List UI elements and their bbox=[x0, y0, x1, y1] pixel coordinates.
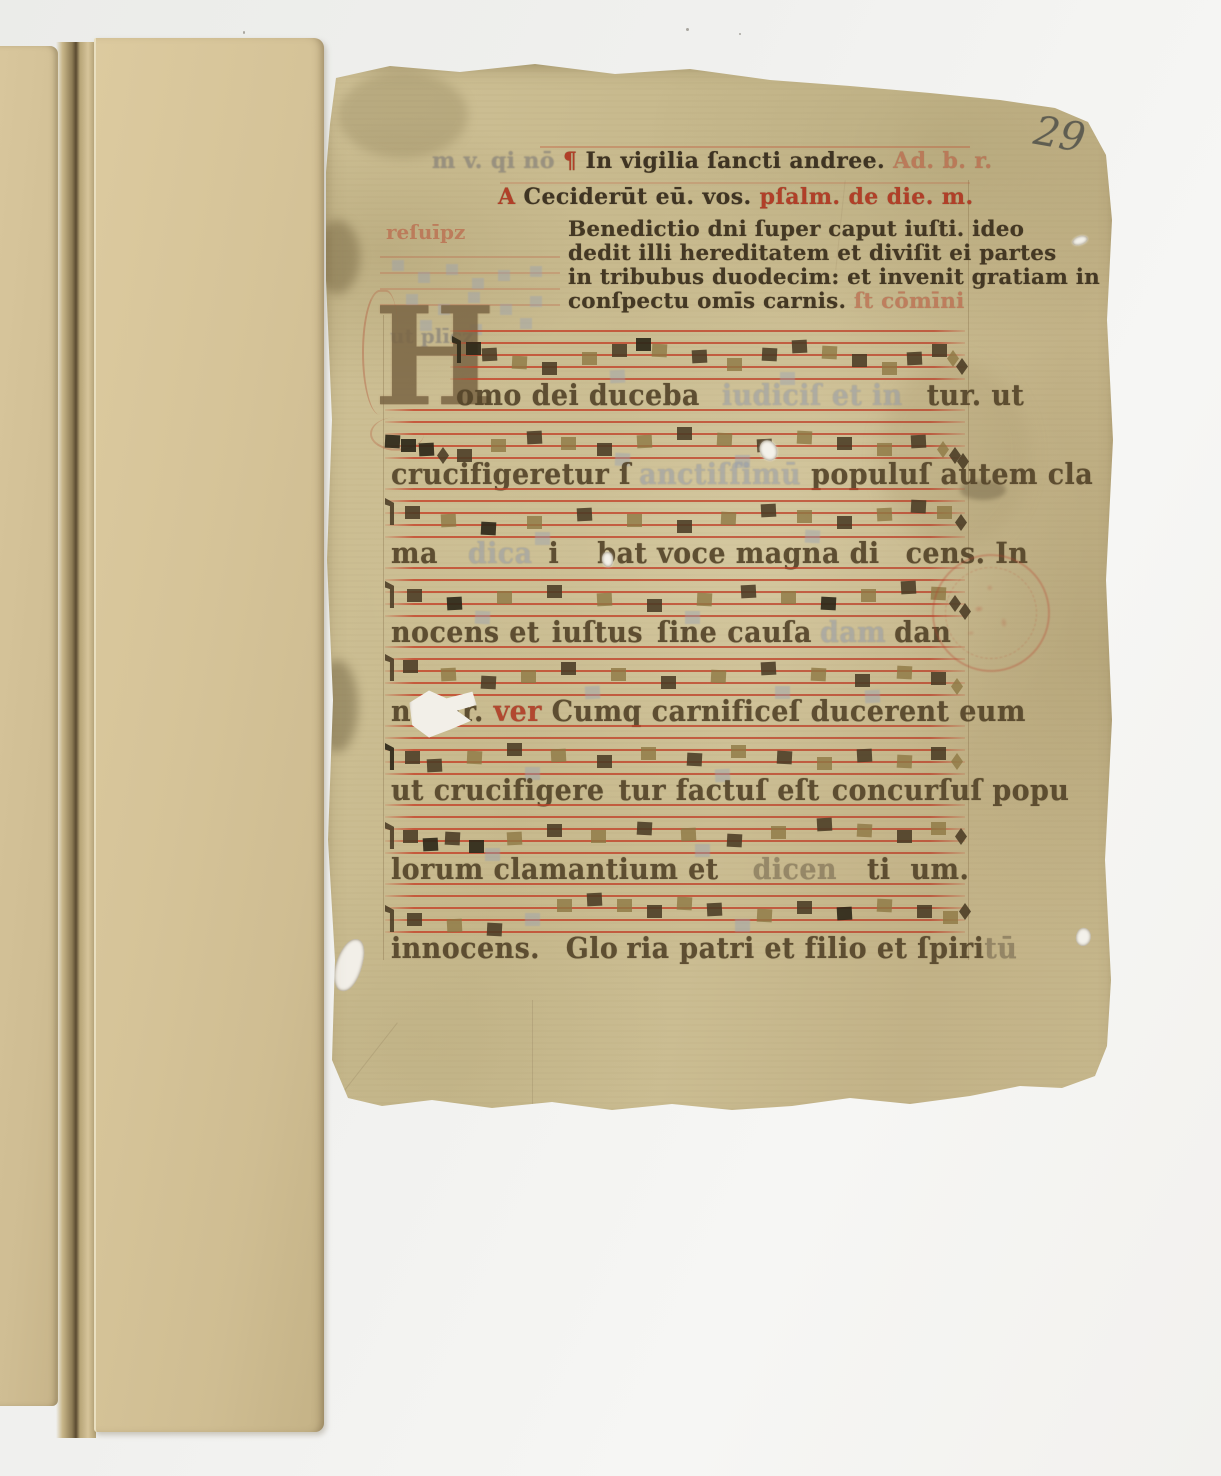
text-segment: Cumq carnificeſ ducerent eum bbox=[552, 695, 1026, 728]
text-segment: Glo bbox=[566, 932, 619, 965]
neume bbox=[797, 431, 813, 445]
melisma-gap bbox=[540, 616, 552, 649]
staff-line bbox=[385, 409, 965, 411]
melisma-gap bbox=[880, 537, 906, 570]
text-segment: populuſ autem cla bbox=[811, 458, 1093, 491]
neume bbox=[419, 443, 435, 457]
neume bbox=[687, 753, 703, 767]
staff-line bbox=[450, 330, 965, 332]
neume bbox=[692, 350, 708, 364]
neume bbox=[527, 431, 543, 445]
melisma-gap bbox=[643, 616, 657, 649]
neume bbox=[731, 745, 746, 758]
chant-text-line: omo dei duceba iudiciſ et in tur. ut bbox=[456, 379, 1024, 412]
neume bbox=[403, 660, 418, 673]
neume bbox=[407, 913, 422, 926]
neume bbox=[797, 510, 812, 523]
text-segment: tur. ut bbox=[927, 379, 1025, 412]
music-system: ut crucifigere tur factuſ eſt concurſuſ … bbox=[320, 725, 1120, 813]
neume bbox=[582, 352, 597, 365]
neume bbox=[907, 352, 923, 366]
guard-leaf-main bbox=[94, 38, 324, 1432]
text-segment: iuſtus bbox=[552, 616, 643, 649]
neume bbox=[707, 903, 723, 917]
dust-speck bbox=[739, 33, 741, 35]
neume bbox=[452, 336, 461, 363]
neume bbox=[911, 435, 927, 449]
neume bbox=[811, 668, 827, 682]
chant-text-line: innocens. Glo ria patri et filio et ſpir… bbox=[391, 932, 1017, 965]
neume bbox=[423, 838, 439, 852]
chant-text-line: lorum clamantium et dicen ti um. bbox=[391, 853, 969, 886]
neume bbox=[385, 822, 394, 849]
neume bbox=[677, 520, 692, 533]
neume bbox=[882, 362, 897, 375]
neume bbox=[677, 427, 692, 440]
neume bbox=[937, 441, 949, 458]
neume bbox=[647, 599, 662, 612]
neume bbox=[727, 358, 742, 371]
melisma-gap bbox=[550, 932, 566, 965]
staff-line bbox=[385, 725, 965, 727]
neume bbox=[761, 662, 777, 676]
neume bbox=[445, 832, 461, 846]
neume bbox=[611, 668, 626, 681]
staff-line bbox=[385, 591, 965, 593]
neume bbox=[771, 826, 786, 839]
text-segment: ſine bbox=[657, 616, 717, 649]
neume bbox=[636, 338, 651, 351]
neume bbox=[466, 342, 481, 355]
text-segment: iudiciſ et in bbox=[722, 379, 903, 412]
neume bbox=[587, 893, 603, 907]
text-segment: dica bbox=[468, 537, 533, 570]
neume bbox=[481, 522, 497, 536]
neume bbox=[481, 676, 497, 690]
staff-line bbox=[385, 816, 965, 818]
neume bbox=[951, 753, 963, 770]
neume bbox=[482, 348, 498, 362]
neume bbox=[441, 668, 457, 682]
neume bbox=[612, 344, 627, 357]
text-segment: tur factuſ eſt bbox=[618, 774, 819, 807]
manuscript-photo-scene: m v. qi nō ¶ In vigilia ſancti andree. A… bbox=[0, 0, 1221, 1476]
neume bbox=[897, 666, 913, 680]
text-segment: cauſa bbox=[727, 616, 812, 649]
neume bbox=[627, 514, 642, 527]
melisma-gap bbox=[886, 616, 894, 649]
melisma-gap bbox=[903, 379, 927, 412]
chant-text-line: ut crucifigere tur factuſ eſt concurſuſ … bbox=[391, 774, 1069, 807]
staff-line bbox=[385, 500, 965, 502]
binding-gutter bbox=[56, 42, 96, 1438]
neume bbox=[577, 508, 593, 522]
staff-line bbox=[385, 488, 965, 490]
neume bbox=[792, 340, 808, 354]
neume bbox=[551, 749, 567, 763]
neume bbox=[561, 662, 576, 675]
neume bbox=[897, 830, 912, 843]
neume bbox=[385, 435, 401, 449]
staff-line bbox=[450, 342, 965, 344]
manuscript-page: m v. qi nō ¶ In vigilia ſancti andree. A… bbox=[320, 60, 1120, 1128]
neume bbox=[757, 909, 773, 923]
staff-line bbox=[385, 804, 965, 806]
neume bbox=[403, 830, 418, 843]
neume bbox=[951, 678, 963, 695]
neume bbox=[837, 516, 852, 529]
neume bbox=[781, 591, 796, 604]
neume bbox=[877, 508, 893, 522]
neume bbox=[597, 593, 613, 607]
staff-line bbox=[385, 421, 965, 423]
neume bbox=[735, 919, 750, 932]
neume bbox=[521, 670, 536, 683]
neume bbox=[932, 344, 947, 357]
text-segment: dam bbox=[820, 616, 886, 649]
neume bbox=[447, 597, 463, 611]
neume bbox=[677, 897, 693, 911]
staff-line bbox=[385, 433, 965, 435]
text-segment: nocens et bbox=[391, 616, 540, 649]
neume bbox=[931, 672, 946, 685]
neume bbox=[822, 346, 838, 360]
music-system: omo dei duceba iudiciſ et in tur. ut bbox=[320, 330, 1120, 418]
melisma-gap bbox=[631, 458, 639, 491]
text-segment: ut crucifigere bbox=[391, 774, 604, 807]
neume bbox=[491, 439, 506, 452]
music-system: crucifigeretur ſ anctiſſimū populuſ aute… bbox=[320, 409, 1120, 497]
neume bbox=[855, 674, 870, 687]
staff-line bbox=[385, 567, 965, 569]
staff-line bbox=[385, 737, 965, 739]
neume bbox=[467, 751, 483, 765]
staff-line bbox=[385, 919, 965, 921]
neume bbox=[561, 437, 576, 450]
neume bbox=[761, 504, 777, 518]
parchment-hole bbox=[602, 552, 613, 567]
melisma-gap bbox=[700, 379, 722, 412]
neume bbox=[407, 589, 422, 602]
neume bbox=[527, 516, 542, 529]
neume bbox=[917, 905, 932, 918]
staff-line bbox=[385, 603, 965, 605]
neume bbox=[955, 828, 967, 845]
melisma-gap bbox=[438, 537, 468, 570]
neume bbox=[637, 435, 653, 449]
text-segment: i bbox=[549, 537, 560, 570]
neume bbox=[717, 433, 733, 447]
music-system: lorum clamantium et dicen ti um. bbox=[320, 804, 1120, 892]
neume bbox=[427, 759, 443, 773]
staff-line bbox=[385, 658, 965, 660]
neume bbox=[861, 589, 876, 602]
neume bbox=[617, 899, 632, 912]
neume bbox=[447, 919, 463, 933]
text-segment: concurſuſ popu bbox=[832, 774, 1070, 807]
neume bbox=[441, 514, 457, 528]
chant-text-line: nocens et iuſtus ſine cauſa dam dan bbox=[391, 616, 951, 649]
neume bbox=[837, 437, 852, 450]
text-segment: dicen bbox=[753, 853, 837, 886]
neume bbox=[647, 905, 662, 918]
neume bbox=[542, 362, 557, 375]
neume bbox=[525, 913, 540, 926]
neume bbox=[711, 670, 727, 684]
neume bbox=[741, 585, 757, 599]
text-segment: ti bbox=[867, 853, 891, 886]
text-segment: ver bbox=[494, 695, 552, 728]
neume bbox=[469, 840, 484, 853]
text-segment: omo dei duceba bbox=[456, 379, 700, 412]
dust-speck bbox=[686, 28, 689, 31]
melisma-gap bbox=[533, 537, 549, 570]
neume bbox=[857, 749, 873, 763]
neume bbox=[721, 512, 737, 526]
neume bbox=[591, 830, 606, 843]
staff-line bbox=[385, 670, 965, 672]
neume bbox=[857, 824, 873, 838]
neume bbox=[911, 500, 927, 514]
melisma-gap bbox=[801, 458, 811, 491]
neume bbox=[947, 350, 959, 367]
neume bbox=[937, 506, 952, 519]
neume bbox=[956, 358, 968, 375]
melisma-gap bbox=[890, 853, 910, 886]
neume bbox=[661, 676, 676, 689]
neume bbox=[931, 747, 946, 760]
text-segment: ma bbox=[391, 537, 438, 570]
neume bbox=[641, 747, 656, 760]
melisma-gap bbox=[812, 616, 820, 649]
melisma-gap bbox=[837, 853, 867, 886]
neume bbox=[652, 344, 668, 358]
staff-line bbox=[385, 828, 965, 830]
neume bbox=[405, 751, 420, 764]
neume bbox=[897, 755, 913, 769]
neume bbox=[877, 899, 893, 913]
neume bbox=[762, 348, 778, 362]
text-segment: lorum clamantium et bbox=[391, 853, 719, 886]
neume bbox=[405, 506, 420, 519]
folio-number: 29 bbox=[1030, 108, 1088, 162]
neume bbox=[401, 439, 416, 452]
text-segment: bat voce magna di bbox=[597, 537, 879, 570]
neume bbox=[385, 743, 394, 770]
neume bbox=[597, 443, 612, 456]
neume bbox=[557, 899, 572, 912]
chant-text-line: ma dica i bat voce magna di cens. In bbox=[391, 537, 1028, 570]
neume bbox=[697, 593, 713, 607]
text-segment: ria patri et filio et ſpiri bbox=[626, 932, 984, 965]
neume bbox=[955, 514, 967, 531]
neume bbox=[877, 443, 892, 456]
dust-speck bbox=[243, 31, 245, 34]
staff-line bbox=[385, 883, 965, 885]
neume bbox=[959, 903, 971, 920]
neume bbox=[852, 354, 867, 367]
neume bbox=[943, 911, 958, 924]
melisma-gap bbox=[604, 774, 618, 807]
staff-line bbox=[385, 524, 965, 526]
chant-text-line: natur. ver Cumq carnificeſ ducerent eum bbox=[391, 695, 1026, 728]
neume bbox=[512, 356, 528, 370]
neume bbox=[681, 828, 697, 842]
neume bbox=[821, 597, 837, 611]
neume bbox=[637, 822, 653, 836]
neume bbox=[507, 743, 522, 756]
neume bbox=[901, 581, 917, 595]
chant-text-line: crucifigeretur ſ anctiſſimū populuſ aute… bbox=[391, 458, 1093, 491]
melisma-gap bbox=[717, 616, 727, 649]
text-segment: innocens. bbox=[391, 932, 550, 965]
neume bbox=[727, 834, 743, 848]
text-segment: tū bbox=[984, 932, 1017, 965]
neume bbox=[547, 824, 562, 837]
neume bbox=[597, 755, 612, 768]
melisma-gap bbox=[719, 853, 753, 886]
text-segment: anctiſſimū bbox=[639, 458, 801, 491]
neume bbox=[817, 818, 833, 832]
neume bbox=[817, 757, 832, 770]
text-segment: crucifigeretur ſ bbox=[391, 458, 631, 491]
guard-leaf-far-left bbox=[0, 46, 58, 1406]
neume bbox=[837, 907, 853, 921]
staff-line bbox=[385, 646, 965, 648]
staff-line bbox=[385, 895, 965, 897]
melisma-gap bbox=[559, 537, 597, 570]
neume bbox=[797, 901, 812, 914]
staff-line bbox=[385, 579, 965, 581]
neume bbox=[497, 591, 512, 604]
music-system: innocens. Glo ria patri et filio et ſpir… bbox=[320, 883, 1120, 971]
text-segment: um. bbox=[910, 853, 969, 886]
neume bbox=[931, 822, 946, 835]
neume bbox=[547, 585, 562, 598]
neume bbox=[777, 751, 793, 765]
melisma-gap bbox=[820, 774, 832, 807]
neume bbox=[507, 832, 523, 846]
